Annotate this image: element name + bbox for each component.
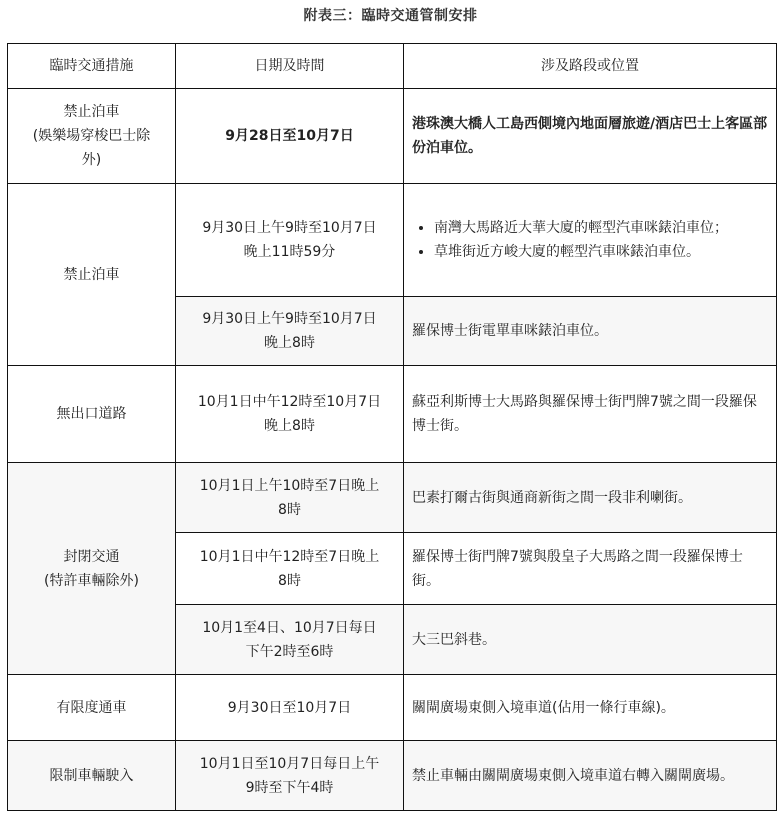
datetime-line: 10月1日上午10時至7日晚上 [184,474,395,498]
datetime-line: 晚上8時 [184,331,395,355]
datetime-cell: 10月1日中午12時至10月7日 晚上8時 [176,366,404,463]
measure-line: 外) [16,148,167,172]
location-cell: 羅保博士街門牌7號與殷皇子大馬路之間一段羅保博士街。 [404,533,777,605]
table-row: 禁止泊車 9月30日上午9時至10月7日 晚上11時59分 南灣大馬路近大華大廈… [8,184,777,297]
location-bullet-list: 南灣大馬路近大華大廈的輕型汽車咪錶泊車位； 草堆街近方峻大廈的輕型汽車咪錶泊車位… [412,216,768,264]
header-location: 涉及路段或位置 [404,44,777,89]
location-cell: 關閘廣場東側入境車道(佔用一條行車線)。 [404,675,777,741]
table-row: 禁止泊車 (娛樂場穿梭巴士除 外) 9月28日至10月7日 港珠澳大橋人工島西側… [8,89,777,184]
datetime-line: 下午2時至6時 [184,640,395,664]
location-cell: 南灣大馬路近大華大廈的輕型汽車咪錶泊車位； 草堆街近方峻大廈的輕型汽車咪錶泊車位… [404,184,777,297]
table-row: 封閉交通 (特許車輛除外) 10月1日上午10時至7日晚上 8時 巴素打爾古街與… [8,463,777,533]
traffic-control-table: 臨時交通措施 日期及時間 涉及路段或位置 禁止泊車 (娛樂場穿梭巴士除 外) 9… [7,43,777,811]
header-measure: 臨時交通措施 [8,44,176,89]
datetime-line: 9月30日上午9時至10月7日 [184,307,395,331]
measure-cell: 封閉交通 (特許車輛除外) [8,463,176,675]
measure-line: (娛樂場穿梭巴士除 [16,124,167,148]
table-row: 限制車輛駛入 10月1日至10月7日每日上午 9時至下午4時 禁止車輛由關閘廣場… [8,741,777,811]
measure-line: 封閉交通 [16,545,167,569]
header-datetime: 日期及時間 [176,44,404,89]
datetime-line: 9時至下午4時 [184,776,395,800]
datetime-cell: 10月1日上午10時至7日晚上 8時 [176,463,404,533]
location-cell: 蘇亞利斯博士大馬路與羅保博士街門牌7號之間一段羅保博士街。 [404,366,777,463]
datetime-cell: 10月1日中午12時至7日晚上 8時 [176,533,404,605]
datetime-cell: 10月1日至10月7日每日上午 9時至下午4時 [176,741,404,811]
datetime-line: 晚上11時59分 [184,240,395,264]
table-header-row: 臨時交通措施 日期及時間 涉及路段或位置 [8,44,777,89]
datetime-cell: 10月1至4日、10月7日每日 下午2時至6時 [176,605,404,675]
location-cell: 巴素打爾古街與通商新街之間一段非利喇街。 [404,463,777,533]
datetime-line: 10月1日中午12時至10月7日 [184,390,395,414]
datetime-line: 10月1至4日、10月7日每日 [184,616,395,640]
datetime-line: 10月1日中午12時至7日晚上 [184,545,395,569]
datetime-cell: 9月30日上午9時至10月7日 晚上8時 [176,297,404,366]
location-cell: 禁止車輛由關閘廣場東側入境車道右轉入關閘廣場。 [404,741,777,811]
datetime-line: 9月30日上午9時至10月7日 [184,216,395,240]
measure-line: 禁止泊車 [16,100,167,124]
location-bullet-item: 草堆街近方峻大廈的輕型汽車咪錶泊車位。 [434,240,768,264]
measure-line: (特許車輛除外) [16,569,167,593]
datetime-line: 8時 [184,498,395,522]
location-cell: 港珠澳大橋人工島西側境內地面層旅遊/酒店巴士上客區部份泊車位。 [404,89,777,184]
page-title: 附表三：臨時交通管制安排 [0,5,781,25]
location-cell: 大三巴斜巷。 [404,605,777,675]
datetime-line: 10月1日至10月7日每日上午 [184,752,395,776]
table-row: 無出口道路 10月1日中午12時至10月7日 晚上8時 蘇亞利斯博士大馬路與羅保… [8,366,777,463]
table-row: 有限度通車 9月30日至10月7日 關閘廣場東側入境車道(佔用一條行車線)。 [8,675,777,741]
datetime-cell: 9月30日上午9時至10月7日 晚上11時59分 [176,184,404,297]
datetime-cell: 9月30日至10月7日 [176,675,404,741]
datetime-line: 晚上8時 [184,414,395,438]
datetime-cell: 9月28日至10月7日 [176,89,404,184]
measure-cell: 有限度通車 [8,675,176,741]
location-cell: 羅保博士街電單車咪錶泊車位。 [404,297,777,366]
measure-cell: 無出口道路 [8,366,176,463]
measure-cell: 禁止泊車 (娛樂場穿梭巴士除 外) [8,89,176,184]
location-bullet-item: 南灣大馬路近大華大廈的輕型汽車咪錶泊車位； [434,216,768,240]
measure-cell: 禁止泊車 [8,184,176,366]
datetime-line: 8時 [184,569,395,593]
measure-cell: 限制車輛駛入 [8,741,176,811]
